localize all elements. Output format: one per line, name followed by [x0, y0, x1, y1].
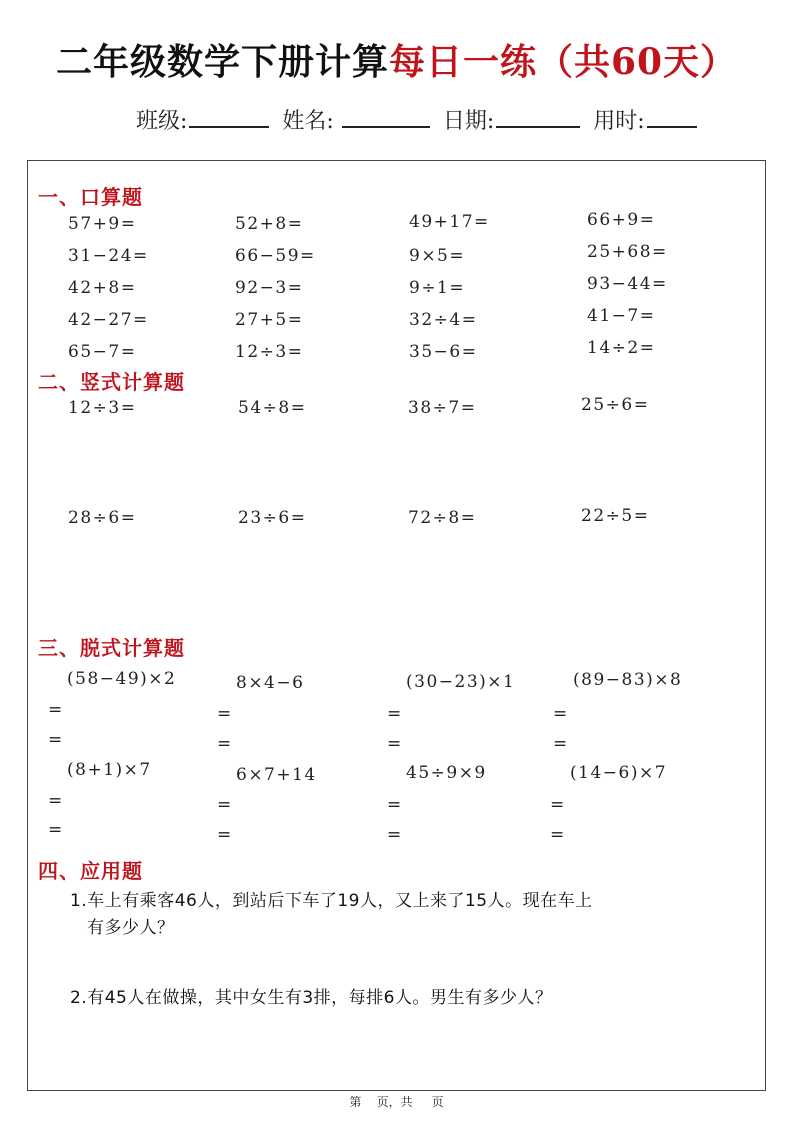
equals-line: = [553, 734, 567, 754]
name-label: 姓名: [282, 109, 333, 134]
page-title: 二年级数学下册计算每日一练（共60天） [0, 34, 793, 85]
stepwise-item: (14−6)×7 [570, 763, 667, 783]
vertical-item: 25÷6= [581, 395, 649, 415]
class-blank[interactable] [189, 106, 269, 128]
stepwise-item: 8×4−6 [236, 673, 304, 693]
oral-item: 14÷2= [587, 338, 655, 358]
equals-line: = [48, 700, 62, 720]
stepwise-item: 6×7+14 [236, 765, 317, 785]
vertical-item: 22÷5= [581, 506, 649, 526]
word-problem-1: 1.车上有乘客46人，到站后下车了19人，又上来了15人。现在车上 [70, 886, 593, 911]
vertical-item: 12÷3= [68, 398, 136, 418]
date-label: 日期: [443, 109, 494, 134]
equals-line: = [387, 734, 401, 754]
equals-line: = [48, 820, 62, 840]
time-blank[interactable] [647, 106, 697, 128]
section-vertical-title: 二、竖式计算题 [38, 366, 185, 395]
oral-item: 31−24= [68, 246, 149, 266]
oral-item: 25+68= [587, 242, 668, 262]
oral-item: 66−59= [235, 246, 316, 266]
title-main: 二年级数学下册计算 [56, 41, 389, 83]
class-label: 班级: [136, 109, 187, 134]
section-word-problems-title: 四、应用题 [38, 855, 143, 884]
word-problem-2: 2.有45人在做操，其中女生有3排，每排6人。男生有多少人？ [70, 983, 552, 1008]
equals-line: = [387, 704, 401, 724]
stepwise-item: (8+1)×7 [67, 760, 152, 780]
worksheet-frame [27, 160, 766, 1091]
oral-item: 65−7= [68, 342, 136, 362]
equals-line: = [48, 730, 62, 750]
equals-line: = [217, 795, 231, 815]
vertical-item: 28÷6= [68, 508, 136, 528]
vertical-item: 54÷8= [238, 398, 306, 418]
class-field[interactable]: 班级: [136, 104, 269, 135]
section-oral-title: 一、口算题 [38, 181, 143, 210]
oral-item: 93−44= [587, 274, 668, 294]
oral-item: 32÷4= [409, 310, 477, 330]
oral-item: 9×5= [409, 246, 465, 266]
oral-item: 9÷1= [409, 278, 465, 298]
name-field[interactable]: 姓名: [282, 104, 429, 135]
page-number-footer: 第 页，共 页 [0, 1093, 793, 1110]
equals-line: = [217, 825, 231, 845]
oral-item: 57+9= [68, 214, 136, 234]
equals-line: = [387, 825, 401, 845]
date-blank[interactable] [496, 106, 580, 128]
name-blank[interactable] [342, 106, 430, 128]
stepwise-item: (89−83)×8 [573, 670, 682, 690]
title-highlight: 每日一练（共60天） [389, 41, 737, 83]
time-field[interactable]: 用时: [593, 104, 696, 135]
equals-line: = [550, 825, 564, 845]
date-field[interactable]: 日期: [443, 104, 580, 135]
oral-item: 49+17= [409, 212, 490, 232]
equals-line: = [387, 795, 401, 815]
oral-item: 42−27= [68, 310, 149, 330]
vertical-item: 38÷7= [408, 398, 476, 418]
oral-item: 92−3= [235, 278, 303, 298]
vertical-item: 23÷6= [238, 508, 306, 528]
section-stepwise-title: 三、脱式计算题 [38, 632, 185, 661]
equals-line: = [217, 734, 231, 754]
word-problem-1-continued: 有多少人？ [87, 913, 175, 938]
oral-item: 27+5= [235, 310, 303, 330]
equals-line: = [217, 704, 231, 724]
oral-item: 35−6= [409, 342, 477, 362]
oral-item: 52+8= [235, 214, 303, 234]
stepwise-item: (58−49)×2 [67, 669, 176, 689]
oral-item: 12÷3= [235, 342, 303, 362]
time-label: 用时: [593, 109, 644, 134]
student-info-row: 班级: 姓名: 日期: 用时: [136, 104, 703, 135]
stepwise-item: 45÷9×9 [406, 763, 487, 783]
oral-item: 66+9= [587, 210, 655, 230]
equals-line: = [553, 704, 567, 724]
vertical-item: 72÷8= [408, 508, 476, 528]
oral-item: 42+8= [68, 278, 136, 298]
equals-line: = [48, 791, 62, 811]
oral-item: 41−7= [587, 306, 655, 326]
stepwise-item: (30−23)×1 [406, 672, 515, 692]
equals-line: = [550, 795, 564, 815]
